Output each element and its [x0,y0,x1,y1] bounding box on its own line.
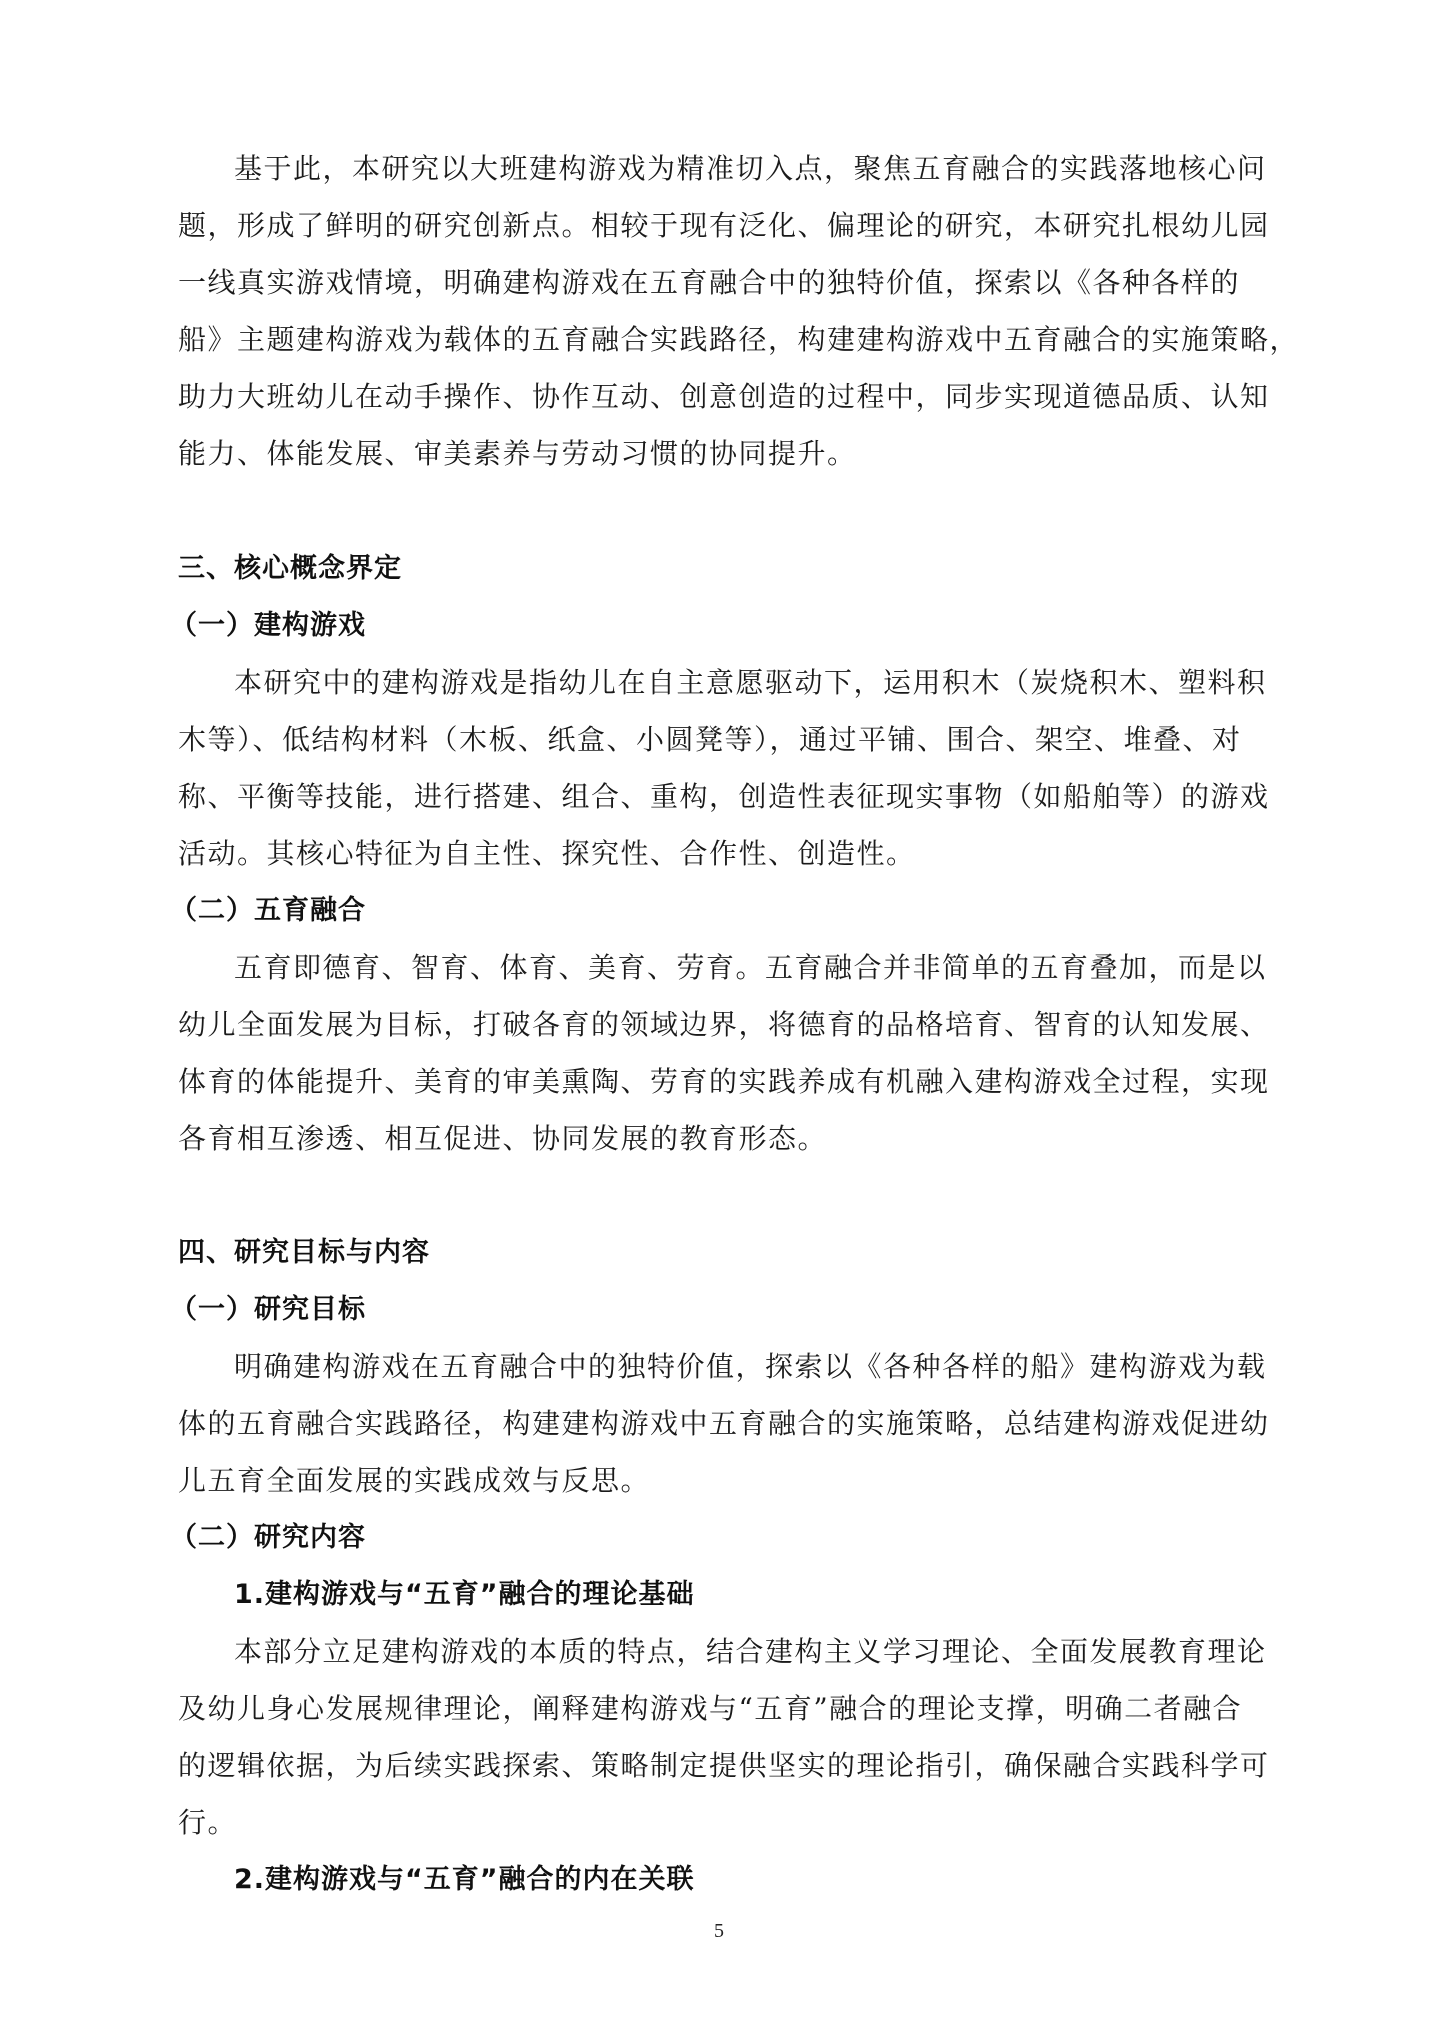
section-3-sub1-heading: （一）建构游戏 [170,609,366,643]
goal-line-2: 体的五育融合实践路径，构建建构游戏中五育融合的实施策略，总结建构游戏促进幼 [178,1407,1270,1441]
sub2-line-1: 五育即德育、智育、体育、美育、劳育。五育融合并非简单的五育叠加，而是以 [234,951,1267,985]
page-number: 5 [714,1920,724,1943]
sub1-line-3: 称、平衡等技能，进行搭建、组合、重构，创造性表征现实事物（如船舶等）的游戏 [178,780,1270,814]
intro-line-6: 能力、体能发展、审美素养与劳动习惯的协同提升。 [178,437,857,471]
sub2-line-3: 体育的体能提升、美育的审美熏陶、劳育的实践养成有机融入建构游戏全过程，实现 [178,1065,1270,1099]
sub1-line-1: 本研究中的建构游戏是指幼儿在自主意愿驱动下，运用积木（炭烧积木、塑料积 [234,666,1267,700]
intro-line-5: 助力大班幼儿在动手操作、协作互动、创意创造的过程中，同步实现道德品质、认知 [178,380,1270,414]
section-3-heading: 三、核心概念界定 [178,552,402,586]
item1-line-2: 及幼儿身心发展规律理论，阐释建构游戏与“五育”融合的理论支撑，明确二者融合 [178,1692,1242,1726]
item1-line-4: 行。 [178,1806,237,1840]
document-page: 基于此，本研究以大班建构游戏为精准切入点，聚焦五育融合的实践落地核心问 题，形成… [0,0,1440,2036]
section-4-sub1-heading: （一）研究目标 [170,1293,366,1327]
intro-line-1: 基于此，本研究以大班建构游戏为精准切入点，聚焦五育融合的实践落地核心问 [234,152,1267,186]
item1-line-3: 的逻辑依据，为后续实践探索、策略制定提供坚实的理论指引，确保融合实践科学可 [178,1749,1270,1783]
goal-line-3: 儿五育全面发展的实践成效与反思。 [178,1464,650,1498]
sub2-line-2: 幼儿全面发展为目标，打破各育的领域边界，将德育的品格培育、智育的认知发展、 [178,1008,1270,1042]
content-item-2-heading: 2.建构游戏与“五育”融合的内在关联 [234,1863,695,1897]
intro-line-4: 船》主题建构游戏为载体的五育融合实践路径，构建建构游戏中五育融合的实施策略， [178,323,1299,357]
sub1-line-2: 木等）、低结构材料（木板、纸盒、小圆凳等），通过平铺、围合、架空、堆叠、对 [178,723,1242,757]
section-4-heading: 四、研究目标与内容 [178,1236,430,1270]
intro-line-2: 题，形成了鲜明的研究创新点。相较于现有泛化、偏理论的研究，本研究扎根幼儿园 [178,209,1270,243]
sub1-line-4: 活动。其核心特征为自主性、探究性、合作性、创造性。 [178,837,916,871]
item1-line-1: 本部分立足建构游戏的本质的特点，结合建构主义学习理论、全面发展教育理论 [234,1635,1267,1669]
section-3-sub2-heading: （二）五育融合 [170,894,366,928]
section-4-sub2-heading: （二）研究内容 [170,1521,366,1555]
sub2-line-4: 各育相互渗透、相互促进、协同发展的教育形态。 [178,1122,827,1156]
content-item-1-heading: 1.建构游戏与“五育”融合的理论基础 [234,1578,695,1612]
intro-line-3: 一线真实游戏情境，明确建构游戏在五育融合中的独特价值，探索以《各种各样的 [178,266,1240,300]
goal-line-1: 明确建构游戏在五育融合中的独特价值，探索以《各种各样的船》建构游戏为载 [234,1350,1267,1384]
